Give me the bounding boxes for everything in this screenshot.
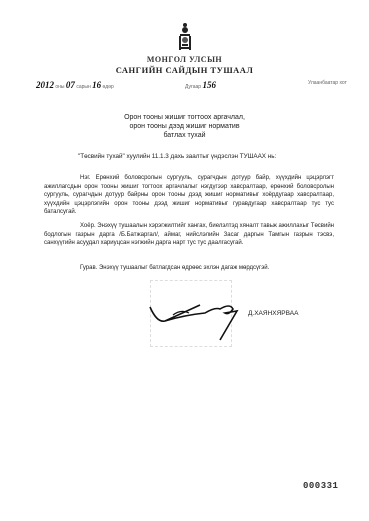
date-year-suffix: оны (55, 84, 64, 90)
date-year: 2012 (36, 80, 54, 90)
date-day: 16 (92, 80, 101, 90)
decree-page: МОНГОЛ УЛСЫН САНГИЙН САЙДЫН ТУШААЛ 2012 … (0, 0, 369, 521)
paragraph-3: Гурав. Энэхүү тушаалыг батлагдсан өдрөөс… (80, 264, 340, 273)
date-month-suffix: сарын (76, 84, 90, 90)
place: Улаанбаатар хот (308, 80, 347, 86)
title-line2: орон тооны дээд жишиг норматив (0, 122, 369, 131)
title-line3: батлах тухай (0, 131, 369, 140)
paragraph-1: Нэг. Ерөнхий боловсролын сургууль, сураг… (44, 174, 334, 217)
date-day-suffix: өдөр (103, 84, 114, 90)
date-line: 2012 оны 07 сарын 16 өдөр (36, 80, 114, 90)
signature-icon (145, 295, 245, 345)
serial-number: 000331 (303, 481, 338, 491)
intro-text: "Төсвийн тухай" хуулийн 11.1.3 дахь заал… (78, 153, 338, 162)
number-line: Дугаар 156 (185, 80, 216, 90)
org-name-line1: МОНГОЛ УЛСЫН (0, 55, 369, 64)
title-line1: Орон тооны жишиг тогтоох аргачлал, (0, 113, 369, 122)
number-label: Дугаар (185, 84, 201, 90)
paragraph-2: Хоёр. Энэхүү тушаалын хэрэгжилтийг ханга… (44, 222, 334, 248)
org-name-line2: САНГИЙН САЙДЫН ТУШААЛ (0, 65, 369, 75)
signer-name: Д.ХАЯНХЯРВАА (248, 310, 298, 317)
decree-number: 156 (202, 80, 216, 90)
state-emblem-icon (177, 22, 193, 52)
decree-title: Орон тооны жишиг тогтоох аргачлал, орон … (0, 113, 369, 140)
date-month: 07 (66, 80, 75, 90)
